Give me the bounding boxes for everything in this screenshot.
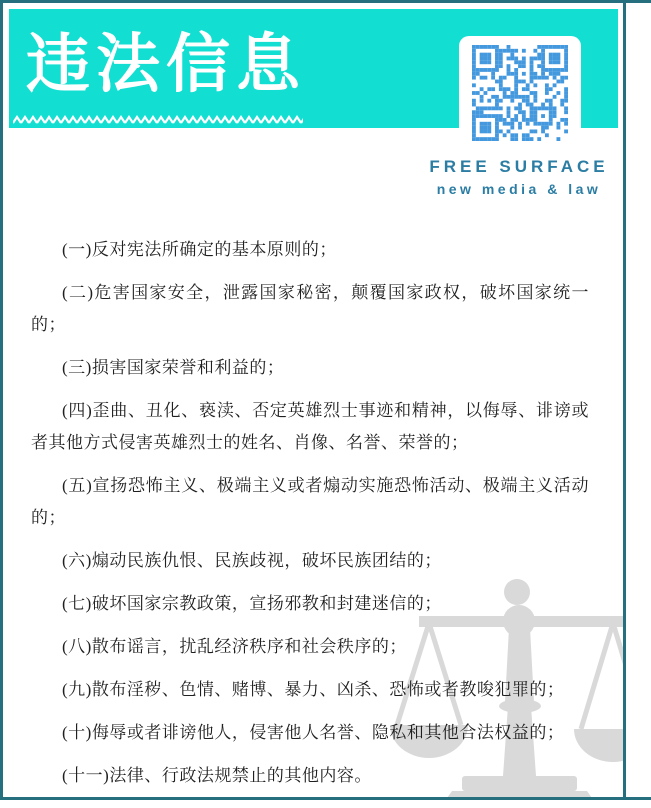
list-item: (五)宣扬恐怖主义、极端主义或者煽动实施恐怖活动、极端主义活动的； [31, 470, 589, 534]
list-item: (七)破坏国家宗教政策，宣扬邪教和封建迷信的； [31, 588, 589, 620]
right-margin [626, 3, 651, 797]
list-item: (九)散布淫秽、色情、赌博、暴力、凶杀、恐怖或者教唆犯罪的； [31, 674, 589, 706]
wavy-underline [13, 115, 303, 125]
qr-code-image [472, 45, 568, 141]
list-item: (六)煽动民族仇恨、民族歧视，破坏民族团结的； [31, 545, 589, 577]
frame-border-right [623, 0, 626, 800]
list-item: (一)反对宪法所确定的基本原则的； [31, 234, 589, 266]
list-item: (八)散布谣言，扰乱经济秩序和社会秩序的； [31, 631, 589, 663]
frame-border-top [0, 0, 651, 3]
list-item: (二)危害国家安全，泄露国家秘密，颠覆国家政权，破坏国家统一的； [31, 277, 589, 341]
illegal-info-list: (一)反对宪法所确定的基本原则的；(二)危害国家安全，泄露国家秘密，颠覆国家政权… [31, 234, 589, 803]
brand-block: FREE SURFACE new media & law [429, 157, 609, 197]
brand-name: FREE SURFACE [429, 157, 609, 177]
list-item: (十)侮辱或者诽谤他人，侵害他人名誉、隐私和其他合法权益的； [31, 717, 589, 749]
list-item: (四)歪曲、丑化、亵渎、否定英雄烈士事迹和精神，以侮辱、诽谤或者其他方式侵害英雄… [31, 395, 589, 459]
page-title: 违法信息 [26, 23, 306, 106]
list-item: (十一)法律、行政法规禁止的其他内容。 [31, 760, 589, 792]
qr-code [459, 36, 581, 149]
frame-border-left [0, 0, 3, 800]
brand-tagline: new media & law [429, 181, 609, 197]
frame-border-bottom [0, 797, 651, 800]
list-item: (三)损害国家荣誉和利益的； [31, 352, 589, 384]
